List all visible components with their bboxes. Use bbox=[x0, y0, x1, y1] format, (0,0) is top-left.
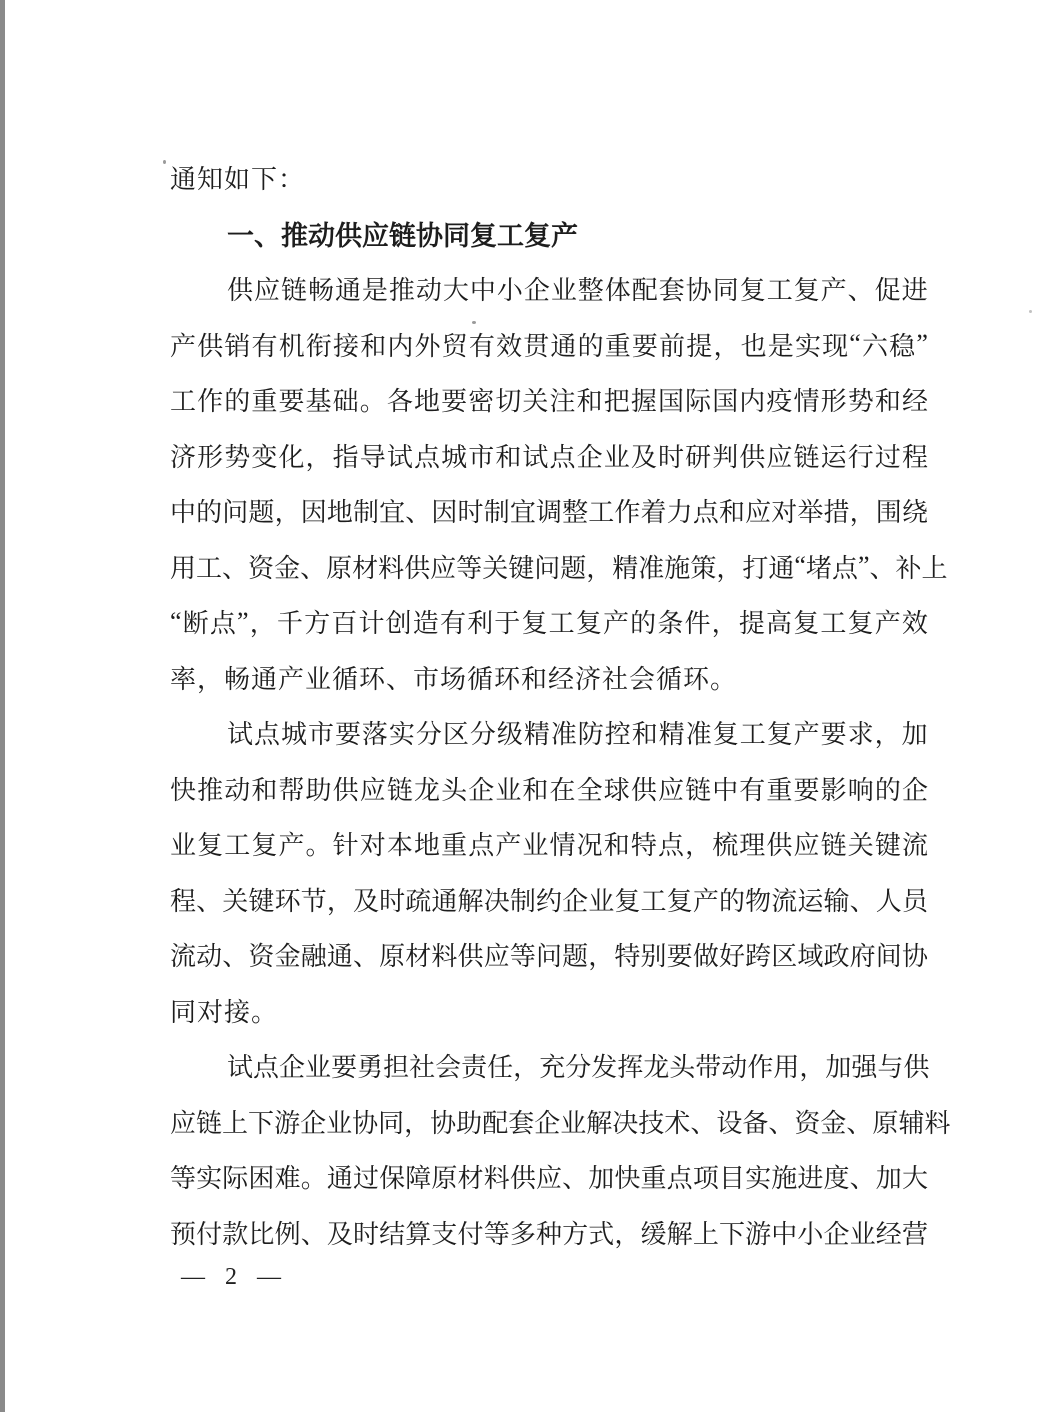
scan-speck bbox=[163, 160, 166, 164]
paragraph: 供应链畅通是推动大中小企业整体配套协同复工复产、促进产供销有机衔接和内外贸有效贯… bbox=[170, 261, 928, 705]
paragraph: 通知如下： bbox=[170, 150, 928, 206]
text-line: 同对接。 bbox=[170, 983, 928, 1039]
scanned-document-page: { "page": { "background": "#ffffff", "sc… bbox=[0, 0, 1060, 1412]
text-line: 通知如下： bbox=[170, 150, 928, 206]
scan-speck bbox=[1029, 310, 1032, 313]
text-line: 济形势变化，指导试点城市和试点企业及时研判供应链运行过程 bbox=[170, 428, 928, 484]
text-line: 流动、资金融通、原材料供应等问题，特别要做好跨区域政府间协 bbox=[170, 927, 928, 983]
text-line: 产供销有机衔接和内外贸有效贯通的重要前提，也是实现“六稳” bbox=[170, 317, 928, 373]
section-heading: 一、推动供应链协同复工复产 bbox=[170, 206, 928, 262]
scan-edge-bar bbox=[0, 0, 5, 1412]
text-line: 业复工复产。针对本地重点产业情况和特点，梳理供应链关键流 bbox=[170, 816, 928, 872]
text-line: “断点”，千方百计创造有利于复工复产的条件，提高复工复产效 bbox=[170, 594, 928, 650]
document-content: 通知如下：一、推动供应链协同复工复产供应链畅通是推动大中小企业整体配套协同复工复… bbox=[170, 150, 928, 1260]
page-footer: — 2 — bbox=[181, 1262, 281, 1292]
text-line: 快推动和帮助供应链龙头企业和在全球供应链中有重要影响的企 bbox=[170, 761, 928, 817]
text-line: 应链上下游企业协同，协助配套企业解决技术、设备、资金、原辅料 bbox=[170, 1094, 928, 1150]
text-line: 试点城市要落实分区分级精准防控和精准复工复产要求，加 bbox=[170, 705, 928, 761]
paragraph: 试点城市要落实分区分级精准防控和精准复工复产要求，加快推动和帮助供应链龙头企业和… bbox=[170, 705, 928, 1038]
footer-left-dash: — bbox=[181, 1264, 205, 1291]
text-line: 用工、资金、原材料供应等关键问题，精准施策，打通“堵点”、补上 bbox=[170, 539, 928, 595]
text-line: 等实际困难。通过保障原材料供应、加快重点项目实施进度、加大 bbox=[170, 1149, 928, 1205]
text-line: 预付款比例、及时结算支付等多种方式，缓解上下游中小企业经营 bbox=[170, 1205, 928, 1261]
scan-speck bbox=[472, 321, 476, 324]
text-line: 一、推动供应链协同复工复产 bbox=[170, 206, 928, 262]
paragraph: 试点企业要勇担社会责任，充分发挥龙头带动作用，加强与供应链上下游企业协同，协助配… bbox=[170, 1038, 928, 1260]
text-line: 供应链畅通是推动大中小企业整体配套协同复工复产、促进 bbox=[170, 261, 928, 317]
page-number: 2 bbox=[225, 1264, 237, 1291]
text-line: 试点企业要勇担社会责任，充分发挥龙头带动作用，加强与供 bbox=[170, 1038, 928, 1094]
text-line: 中的问题，因地制宜、因时制宜调整工作着力点和应对举措，围绕 bbox=[170, 483, 928, 539]
text-line: 率，畅通产业循环、市场循环和经济社会循环。 bbox=[170, 650, 928, 706]
footer-right-dash: — bbox=[257, 1264, 281, 1291]
text-line: 程、关键环节，及时疏通解决制约企业复工复产的物流运输、人员 bbox=[170, 872, 928, 928]
text-line: 工作的重要基础。各地要密切关注和把握国际国内疫情形势和经 bbox=[170, 372, 928, 428]
